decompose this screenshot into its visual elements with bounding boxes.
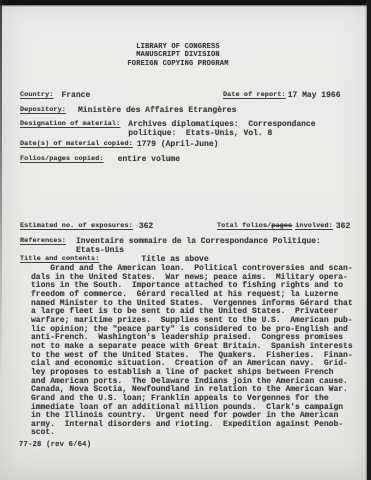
letterhead: LIBRARY OF CONGRESS MANUSCRIPT DIVISION … [78,43,278,68]
designation-label: Designation of material: [20,120,120,128]
depository-label: Depository: [20,106,66,114]
contents-abstract: Grand and the American loan. Political c… [31,265,353,438]
field-country: Country:France [20,91,90,100]
field-date-of-report: Date of report:17 May 1966 [223,91,341,100]
field-title-contents: Title and contents:Title as above [20,255,209,264]
exposures-value: 362 [139,222,153,231]
folios-copied-label: Folios/pages copied: [20,155,104,163]
field-exposures: Estimated no. of exposures:362 [20,222,153,231]
field-designation: Designation of material:Archives diploma… [20,120,316,138]
scan-edge-top [0,0,371,5]
total-folios-label-struck-pages: pages [271,222,292,230]
exposures-label: Estimated no. of exposures: [20,222,133,230]
field-total-folios: Total folios/pagesinvolved:362 [217,222,350,231]
country-value: France [61,91,90,100]
title-contents-value: Title as above [141,255,208,264]
total-folios-label-suffix: involved: [295,222,333,230]
designation-value: Archives diplomatiques: Correspondance p… [128,120,315,138]
references-label: References: [20,237,66,245]
field-references: References:Inventaire sommaire de la Cor… [20,237,321,255]
scanned-report-page: LIBRARY OF CONGRESS MANUSCRIPT DIVISION … [0,0,371,480]
dates-copied-label: Date(s) of material copied: [20,140,133,148]
field-folios-copied: Folios/pages copied:entire volume [20,155,180,164]
folios-copied-value: entire volume [118,155,180,164]
scan-edge-left [0,0,2,480]
total-folios-value: 362 [336,222,350,231]
scan-edge-right [367,0,371,480]
date-of-report-label: Date of report: [223,91,286,99]
dates-copied-value: 1779 (April-June) [137,140,219,149]
form-number: 77-28 (rev 6/64) [19,441,91,449]
total-folios-label-prefix: Total folios/ [217,222,271,230]
field-depository: Depository:Ministère des Affaires Etrang… [20,106,236,115]
field-dates-copied: Date(s) of material copied:1779 (April-J… [20,140,218,149]
references-value: Inventaire sommaire de la Correspondance… [76,237,321,255]
country-label: Country: [20,91,53,99]
depository-value: Ministère des Affaires Etrangères [78,106,236,115]
date-of-report-value: 17 May 1966 [288,91,341,100]
title-contents-label: Title and contents: [20,255,99,263]
